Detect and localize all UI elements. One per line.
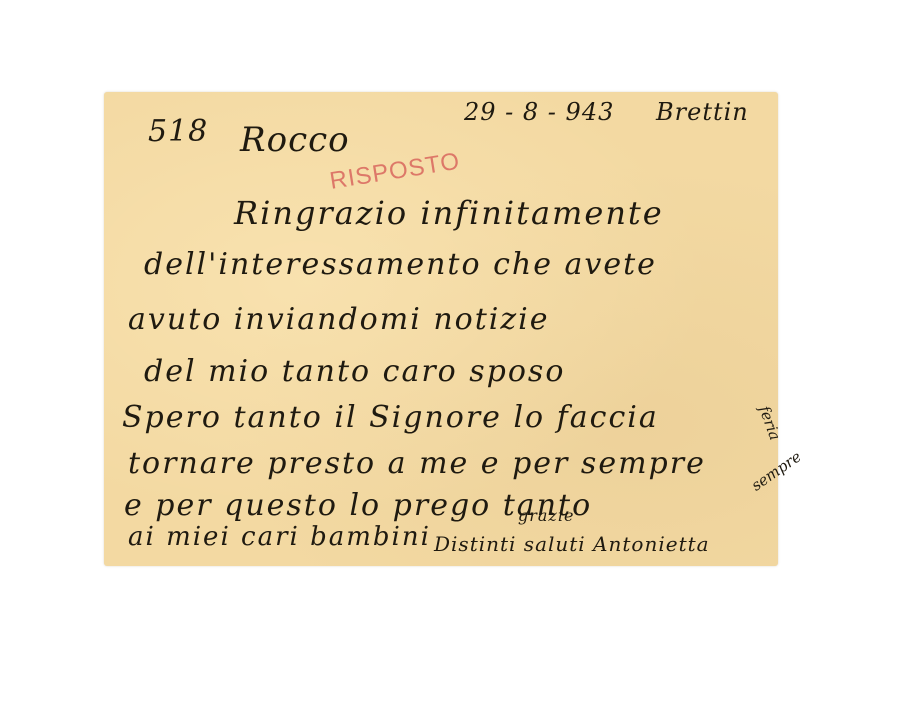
body-line: tornare presto a me e per sempre: [128, 446, 706, 481]
margin-note: sempre: [748, 447, 805, 494]
above-closing-note: grazie: [518, 506, 574, 525]
body-line: Spero tanto il Signore lo faccia: [122, 400, 659, 435]
margin-note: feria: [755, 403, 784, 442]
date: 29 - 8 - 943: [464, 98, 614, 126]
body-line: del mio tanto caro sposo: [144, 354, 565, 389]
place: Brettin: [656, 98, 749, 126]
body-line: avuto inviandomi notizie: [128, 302, 550, 337]
reference-number: 518: [148, 114, 208, 149]
body-line: Ringrazio infinitamente: [234, 194, 664, 232]
body-line: ai miei cari bambini: [128, 522, 431, 552]
closing-signature: Distinti saluti Antonietta: [434, 532, 710, 556]
postcard: 518 Rocco 29 - 8 - 943 Brettin RISPOSTO …: [104, 92, 778, 566]
body-line: dell'interessamento che avete: [144, 247, 657, 282]
recipient-name: Rocco: [240, 120, 350, 160]
